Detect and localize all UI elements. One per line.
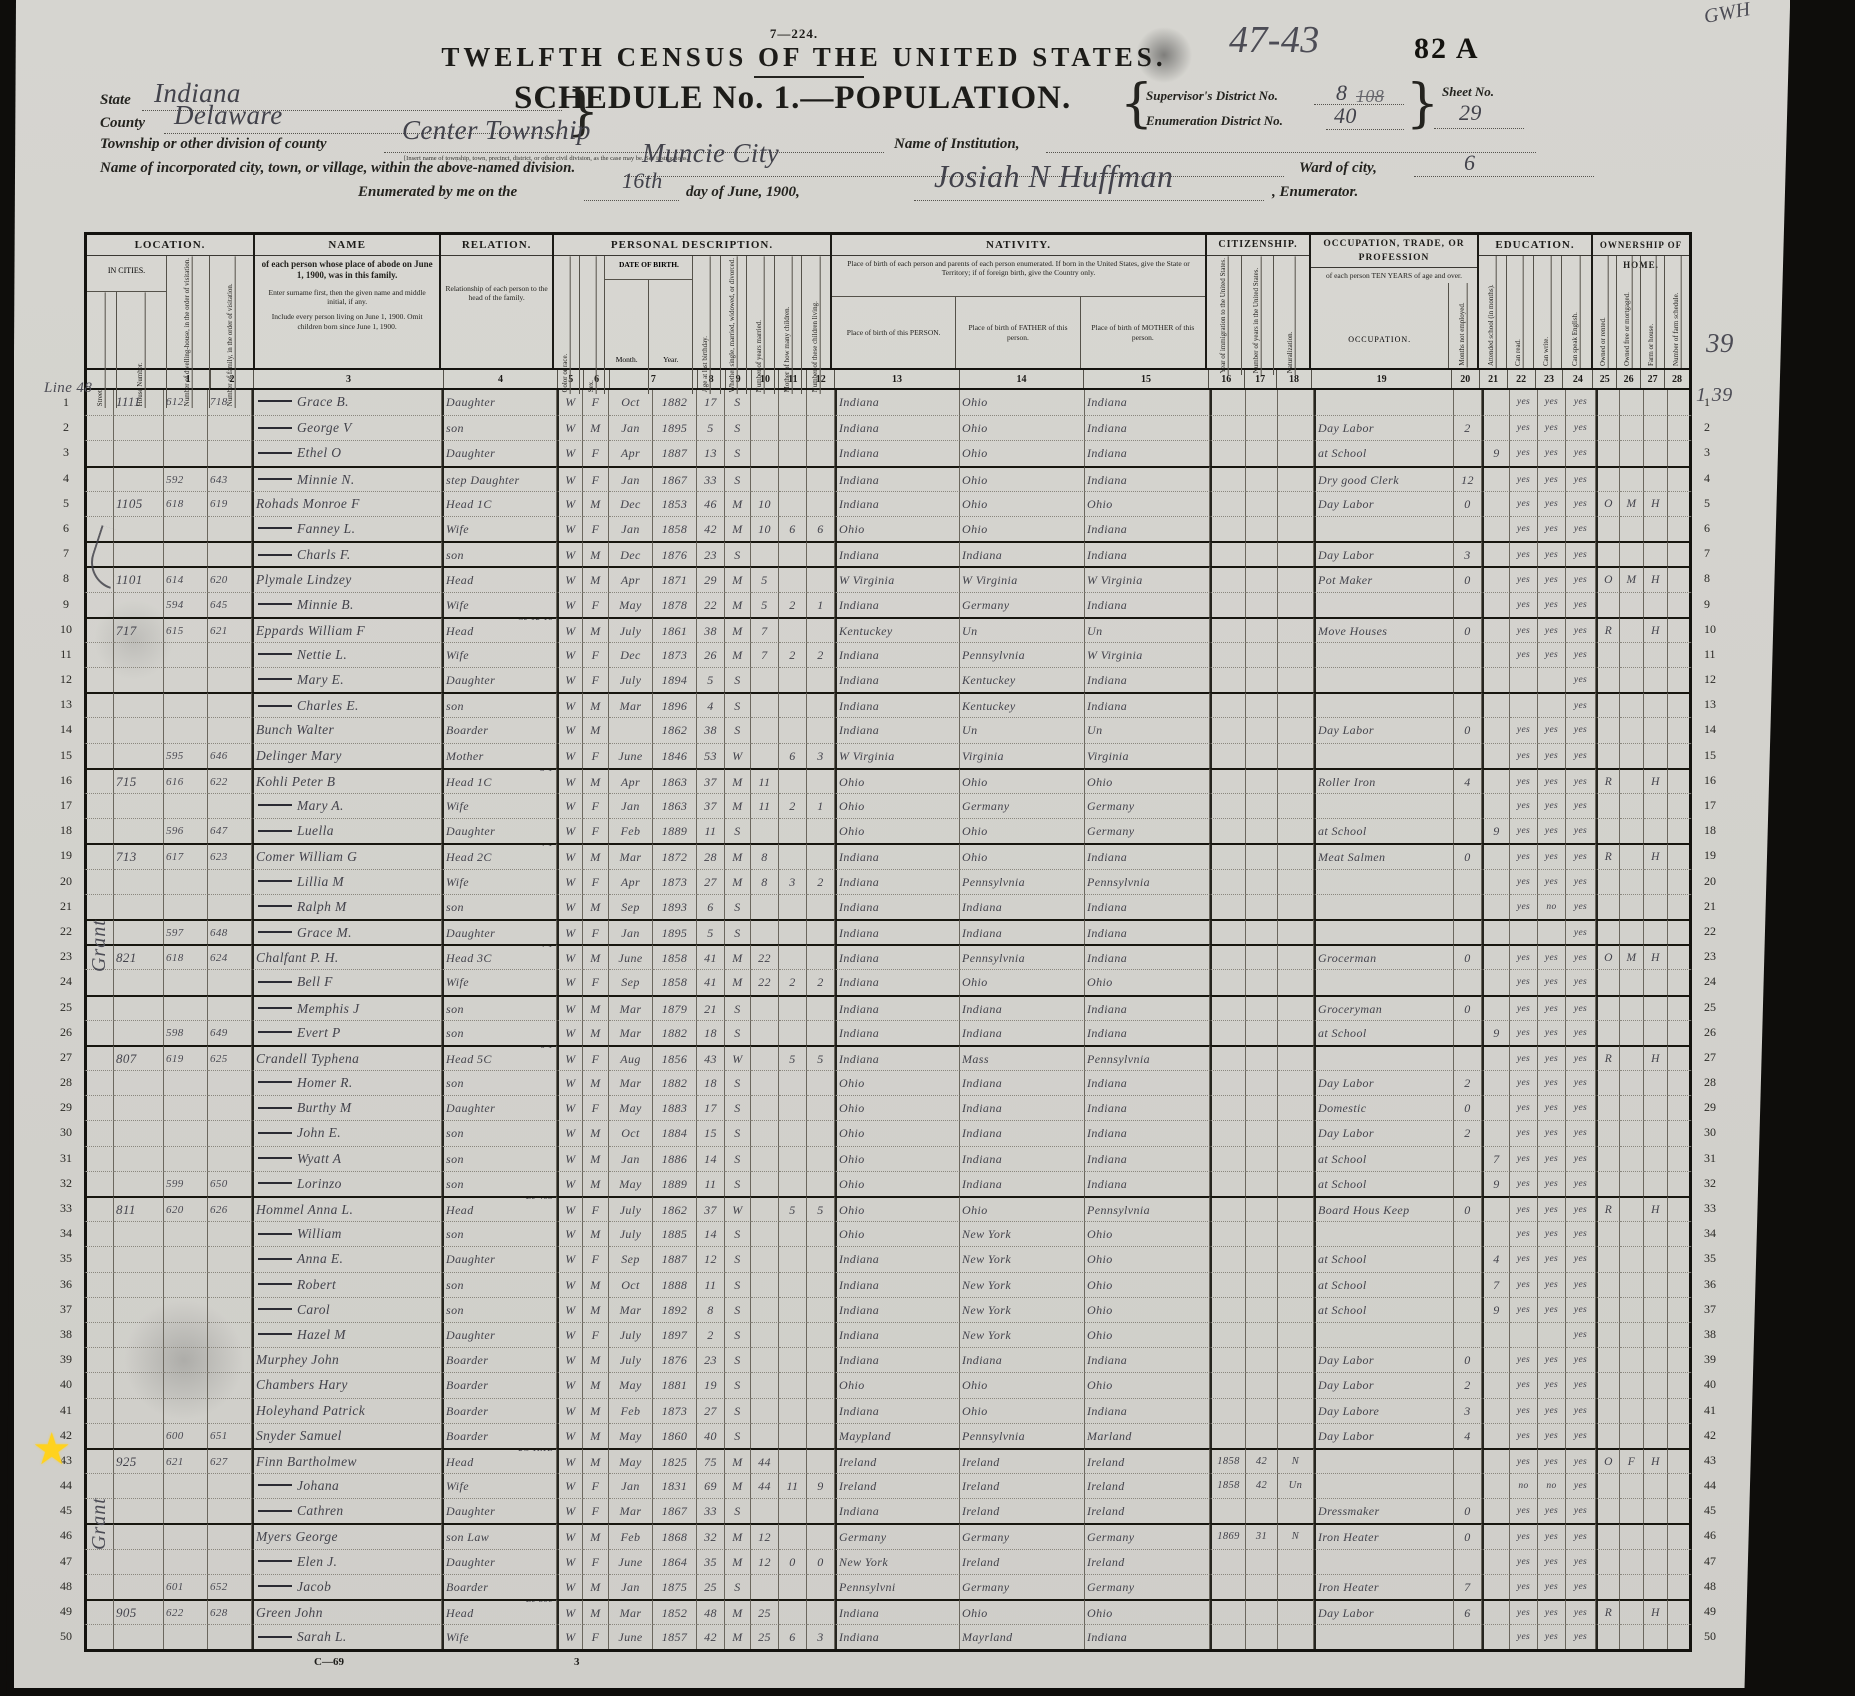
cell-birthplace-father: New York	[960, 1221, 1085, 1246]
attended-school-col-label: Attended school (in months).	[1488, 256, 1497, 368]
occupation-desc: of each person TEN YEARS of age and over…	[1311, 268, 1477, 283]
cell-owned-or-rented	[1596, 717, 1620, 742]
cell-marital-status: S	[725, 1095, 751, 1120]
table-row: 22597648Grace M.DaughterWFJan18955SIndia…	[48, 919, 1736, 944]
cell-birthplace-father: Ireland	[960, 1448, 1085, 1473]
row-number-left: 34	[48, 1221, 84, 1246]
cell-children-born	[779, 1322, 807, 1347]
cell-marital-status: S	[725, 818, 751, 843]
cell-birth-year: 1884	[653, 1120, 697, 1145]
cell-house-number: 807	[114, 1045, 164, 1070]
cell-birth-year: 1887	[653, 440, 697, 465]
cell-years-in-us	[1246, 969, 1278, 994]
cell-owned-free-or-mortgaged	[1620, 692, 1644, 717]
cell-children-living	[807, 1297, 835, 1322]
cell-can-speak-english: yes	[1566, 793, 1596, 818]
cell-children-living: 3	[807, 743, 835, 768]
row-number-right: 50	[1692, 1624, 1736, 1649]
cell-children-born: 5	[779, 1196, 807, 1221]
row-number-right: 41	[1692, 1398, 1736, 1423]
cell-can-write: no	[1538, 894, 1566, 919]
county-value: Delaware	[174, 100, 283, 131]
cell-can-read: yes	[1510, 1246, 1538, 1271]
cell-relation: Head 5C6-1	[442, 1045, 557, 1070]
cell-person-name: Green John	[252, 1599, 442, 1624]
cell-children-born	[779, 692, 807, 717]
farm-house-col-label: Farm or house.	[1648, 256, 1657, 368]
cell-age: 32	[697, 1523, 725, 1548]
table-header: LOCATION. IN CITIES. Street. House Numbe…	[84, 232, 1692, 368]
cell-age: 42	[697, 1624, 725, 1649]
sex-col-label: Sex.	[588, 256, 597, 394]
cell-family-number: 652	[208, 1574, 252, 1599]
cell-occupation: Move Houses	[1314, 617, 1454, 642]
township-value: Center Township	[402, 115, 591, 146]
cell-birthplace-father: Pennsylvnia	[960, 1423, 1085, 1448]
cell-naturalization	[1278, 995, 1314, 1020]
cell-years-married	[751, 541, 779, 566]
cell-street	[84, 667, 114, 692]
cell-street	[84, 1398, 114, 1423]
cell-birthplace-father: Un	[960, 617, 1085, 642]
cell-birthplace-person: Ohio	[835, 818, 960, 843]
cell-children-born	[779, 818, 807, 843]
cell-person-name: Grace M.	[252, 919, 442, 944]
children-living-col-label: Number of these children living.	[812, 256, 821, 394]
cell-years-married	[751, 818, 779, 843]
cell-can-write: yes	[1538, 466, 1566, 491]
cell-dwelling-number: 598	[164, 1020, 208, 1045]
cell-can-read: yes	[1510, 1272, 1538, 1297]
cell-immigration-year	[1210, 667, 1246, 692]
cell-color-race: W	[557, 390, 583, 415]
cell-dwelling-number: 619	[164, 1045, 208, 1070]
cell-birthplace-mother: Ohio	[1085, 969, 1210, 994]
cell-years-in-us: 42	[1246, 1448, 1278, 1473]
cell-farm-schedule-number	[1668, 1095, 1692, 1120]
cell-can-speak-english: yes	[1566, 415, 1596, 440]
cell-birthplace-person: Indiana	[835, 466, 960, 491]
cell-family-number: 650	[208, 1171, 252, 1196]
cell-naturalization	[1278, 440, 1314, 465]
cell-relation: Daughter	[442, 1246, 557, 1271]
cell-birthplace-father: Ohio	[960, 1372, 1085, 1397]
cell-naturalization	[1278, 818, 1314, 843]
cell-owned-free-or-mortgaged	[1620, 667, 1644, 692]
cell-birthplace-mother: Ireland	[1085, 1448, 1210, 1473]
cell-marital-status: M	[725, 793, 751, 818]
cell-relation: son	[442, 1272, 557, 1297]
name-desc3: Include every person living on June 1, 1…	[255, 309, 439, 334]
cell-farm-schedule-number	[1668, 1574, 1692, 1599]
cell-street	[84, 592, 114, 617]
cell-birthplace-person: Indiana	[835, 440, 960, 465]
cell-sex: M	[583, 491, 609, 516]
cell-occupation	[1314, 869, 1454, 894]
cell-birthplace-person: Indiana	[835, 995, 960, 1020]
cell-dwelling-number: 622	[164, 1599, 208, 1624]
ditto-dash-icon	[258, 1107, 292, 1109]
table-row: 20Lillia MWifeWFApr187327M832IndianaPenn…	[48, 869, 1736, 894]
cell-farm-or-house: H	[1644, 944, 1668, 969]
row-number-left: 35	[48, 1246, 84, 1271]
cell-years-married	[751, 717, 779, 742]
cell-immigration-year	[1210, 1498, 1246, 1523]
header-group-relation: RELATION. Relationship of each person to…	[441, 235, 554, 368]
cell-age: 26	[697, 642, 725, 667]
cell-can-write: yes	[1538, 1045, 1566, 1070]
row-number-left: 48	[48, 1574, 84, 1599]
cell-farm-schedule-number	[1668, 1171, 1692, 1196]
cell-owned-free-or-mortgaged	[1620, 1120, 1644, 1145]
cell-sex: M	[583, 566, 609, 591]
cell-can-read: yes	[1510, 768, 1538, 793]
cell-relation: step Daughter	[442, 466, 557, 491]
cell-birthplace-person: Indiana	[835, 1498, 960, 1523]
cell-person-name: William	[252, 1221, 442, 1246]
cell-can-speak-english: yes	[1566, 818, 1596, 843]
column-number: 26	[1617, 370, 1641, 388]
sheet-line	[1434, 128, 1524, 129]
cell-house-number	[114, 1523, 164, 1548]
cell-children-born: 5	[779, 1045, 807, 1070]
cell-dwelling-number: 618	[164, 944, 208, 969]
cell-birth-year: 1876	[653, 1347, 697, 1372]
cell-person-name: Mary A.	[252, 793, 442, 818]
table-row: 19713617623Comer William GHead 2C4-1WMMa…	[48, 843, 1736, 868]
cell-occupation: Grocerman	[1314, 944, 1454, 969]
cell-house-number	[114, 1221, 164, 1246]
cell-birthplace-mother: Ohio	[1085, 1322, 1210, 1347]
cell-birthplace-mother: Indiana	[1085, 667, 1210, 692]
row-number-right: 40	[1692, 1372, 1736, 1397]
cell-relation: Head 2C4-1	[442, 843, 557, 868]
cell-children-born	[779, 843, 807, 868]
cell-dwelling-number	[164, 1272, 208, 1297]
cell-children-living	[807, 717, 835, 742]
cell-house-number	[114, 1574, 164, 1599]
cell-marital-status: S	[725, 1171, 751, 1196]
cell-birth-year: 1883	[653, 1095, 697, 1120]
row-number-left: 3	[48, 440, 84, 465]
cell-owned-free-or-mortgaged	[1620, 1020, 1644, 1045]
cell-children-living	[807, 1070, 835, 1095]
cell-relation: Wife	[442, 869, 557, 894]
cell-house-number	[114, 1549, 164, 1574]
cell-age: 33	[697, 466, 725, 491]
cell-family-number: 625	[208, 1045, 252, 1070]
cell-sex: F	[583, 1095, 609, 1120]
cell-house-number	[114, 1498, 164, 1523]
row-number-right: 17	[1692, 793, 1736, 818]
cell-naturalization	[1278, 1120, 1314, 1145]
cell-dwelling-number	[164, 1498, 208, 1523]
cell-children-born	[779, 1246, 807, 1271]
cell-color-race: W	[557, 1171, 583, 1196]
cell-street	[84, 1372, 114, 1397]
cell-owned-or-rented: R	[1596, 1196, 1620, 1221]
cell-person-name: Evert P	[252, 1020, 442, 1045]
row-number-right: 20	[1692, 869, 1736, 894]
cell-farm-schedule-number	[1668, 566, 1692, 591]
cell-birth-month: Apr	[609, 440, 653, 465]
cell-birth-year: 1846	[653, 743, 697, 768]
cell-children-born: 3	[779, 869, 807, 894]
cell-attended-school	[1482, 1398, 1510, 1423]
cell-color-race: W	[557, 768, 583, 793]
cell-birthplace-person: Indiana	[835, 944, 960, 969]
row-number-right: 8	[1692, 566, 1736, 591]
cell-sex: M	[583, 1523, 609, 1548]
cell-children-born	[779, 1095, 807, 1120]
name-desc: of each person whose place of abode on J…	[255, 256, 439, 285]
table-row: 31Wyatt AsonWMJan188614SOhioIndianaIndia…	[48, 1146, 1736, 1171]
cell-owned-or-rented	[1596, 1549, 1620, 1574]
cell-years-in-us	[1246, 743, 1278, 768]
cell-can-read: yes	[1510, 440, 1538, 465]
cell-birth-month: May	[609, 1171, 653, 1196]
cell-years-in-us	[1246, 1398, 1278, 1423]
row-number-right: 26	[1692, 1020, 1736, 1045]
cell-age: 17	[697, 1095, 725, 1120]
cell-family-number: 622	[208, 768, 252, 793]
cell-children-born	[779, 390, 807, 415]
years-us-col-label: Number of years in the United States.	[1253, 256, 1262, 375]
row-number-right: 37	[1692, 1297, 1736, 1322]
cell-attended-school	[1482, 1574, 1510, 1599]
cell-relation: Daughter	[442, 440, 557, 465]
cell-sex: F	[583, 1473, 609, 1498]
cell-age: 42	[697, 516, 725, 541]
cell-person-name: Minnie B.	[252, 592, 442, 617]
cell-person-name: Finn Bartholmew	[252, 1448, 442, 1473]
cell-age: 37	[697, 793, 725, 818]
citizenship-title: CITIZENSHIP.	[1207, 235, 1309, 256]
cell-family-number	[208, 1398, 252, 1423]
header-group-citizenship: CITIZENSHIP. Year of immigration to the …	[1207, 235, 1311, 368]
cell-can-read: yes	[1510, 1146, 1538, 1171]
cell-farm-schedule-number	[1668, 642, 1692, 667]
cell-sex: M	[583, 1120, 609, 1145]
cell-years-in-us	[1246, 1549, 1278, 1574]
cell-owned-or-rented: R	[1596, 843, 1620, 868]
cell-children-born	[779, 466, 807, 491]
cell-house-number	[114, 1070, 164, 1095]
cell-birth-year: 1885	[653, 1221, 697, 1246]
cell-color-race: W	[557, 617, 583, 642]
cell-birthplace-father: Ohio	[960, 843, 1085, 868]
cell-immigration-year	[1210, 617, 1246, 642]
cell-immigration-year	[1210, 1322, 1246, 1347]
table-row: 43925621627Finn BartholmewHead2C-1R1BWMM…	[48, 1448, 1736, 1473]
cell-owned-free-or-mortgaged	[1620, 466, 1644, 491]
cell-years-in-us	[1246, 717, 1278, 742]
cell-relation: Daughter	[442, 667, 557, 692]
cell-naturalization	[1278, 692, 1314, 717]
cell-person-name: Lillia M	[252, 869, 442, 894]
cell-birth-month: Mar	[609, 1070, 653, 1095]
mother-of-col-label: Mother of how many children.	[784, 256, 793, 394]
cell-naturalization	[1278, 869, 1314, 894]
cell-person-name: Sarah L.	[252, 1624, 442, 1649]
cell-immigration-year	[1210, 1196, 1246, 1221]
cell-years-married	[751, 1272, 779, 1297]
cell-marital-status: S	[725, 1322, 751, 1347]
cell-children-living	[807, 1523, 835, 1548]
cell-farm-schedule-number	[1668, 1196, 1692, 1221]
cell-can-speak-english: yes	[1566, 566, 1596, 591]
row-number-left: 33	[48, 1196, 84, 1221]
cell-birth-month: Oct	[609, 1120, 653, 1145]
cell-age: 5	[697, 667, 725, 692]
cell-farm-or-house	[1644, 1272, 1668, 1297]
cell-years-in-us	[1246, 1120, 1278, 1145]
cell-owned-free-or-mortgaged	[1620, 1347, 1644, 1372]
sheet-value: 29	[1459, 100, 1482, 126]
ditto-dash-icon	[258, 880, 292, 882]
cell-can-read: yes	[1510, 1549, 1538, 1574]
street-name-grant-1: Grant	[88, 852, 111, 972]
cell-occupation	[1314, 592, 1454, 617]
cell-children-living	[807, 1095, 835, 1120]
cell-immigration-year	[1210, 1624, 1246, 1649]
cell-immigration-year	[1210, 541, 1246, 566]
cell-children-born	[779, 541, 807, 566]
cell-farm-schedule-number	[1668, 1523, 1692, 1548]
cell-months-unemployed	[1454, 969, 1482, 994]
cell-can-read: yes	[1510, 415, 1538, 440]
form-number: 7—224.	[714, 26, 874, 42]
footer-number: 3	[574, 1656, 580, 1668]
cell-can-write: yes	[1538, 818, 1566, 843]
cell-birthplace-mother: Indiana	[1085, 894, 1210, 919]
cell-person-name: Johana	[252, 1473, 442, 1498]
cell-birth-year: 1875	[653, 1574, 697, 1599]
cell-birth-year: 1894	[653, 667, 697, 692]
column-number-strip: 1234567891011121314151617181920212223242…	[84, 368, 1692, 390]
cell-occupation: Day Labor	[1314, 1347, 1454, 1372]
header-group-occupation: OCCUPATION, TRADE, OR PROFESSION of each…	[1311, 235, 1479, 368]
cell-birth-month: Jan	[609, 1473, 653, 1498]
cell-sex: F	[583, 516, 609, 541]
cell-farm-schedule-number	[1668, 1221, 1692, 1246]
cell-months-unemployed	[1454, 1322, 1482, 1347]
cell-children-born	[779, 1523, 807, 1548]
cell-immigration-year: 1858	[1210, 1473, 1246, 1498]
cell-sex: M	[583, 692, 609, 717]
cell-birth-month: Oct	[609, 1272, 653, 1297]
cell-house-number	[114, 1246, 164, 1271]
cell-years-in-us	[1246, 1171, 1278, 1196]
cell-birthplace-mother: Ireland	[1085, 1473, 1210, 1498]
cell-children-living: 5	[807, 1045, 835, 1070]
cell-owned-or-rented: R	[1596, 1045, 1620, 1070]
cell-attended-school	[1482, 1347, 1510, 1372]
cell-farm-schedule-number	[1668, 995, 1692, 1020]
family-col-label: Number of family, in the order of visita…	[227, 256, 236, 408]
naturalization-col-label: Naturalization.	[1287, 256, 1296, 375]
cell-farm-or-house	[1644, 1372, 1668, 1397]
cell-birth-year: 1868	[653, 1523, 697, 1548]
cell-children-living: 3	[807, 1624, 835, 1649]
cell-can-speak-english: yes	[1566, 592, 1596, 617]
table-row: 30John E.sonWMOct188415SOhioIndianaIndia…	[48, 1120, 1736, 1145]
ditto-dash-icon	[258, 1081, 292, 1083]
cell-can-speak-english: yes	[1566, 1045, 1596, 1070]
cell-sex: M	[583, 415, 609, 440]
cell-children-born	[779, 491, 807, 516]
ditto-dash-icon	[258, 1510, 292, 1512]
cell-sex: M	[583, 768, 609, 793]
cell-birth-month: Mar	[609, 1498, 653, 1523]
row-number-right: 33	[1692, 1196, 1736, 1221]
cell-family-number: 645	[208, 592, 252, 617]
cell-occupation	[1314, 743, 1454, 768]
cell-attended-school: 9	[1482, 818, 1510, 843]
cell-age: 17	[697, 390, 725, 415]
cell-attended-school	[1482, 1498, 1510, 1523]
cell-dwelling-number	[164, 516, 208, 541]
cell-relation: son	[442, 1020, 557, 1045]
row-number-right: 2	[1692, 415, 1736, 440]
row-number-right: 9	[1692, 592, 1736, 617]
cell-marital-status: S	[725, 1398, 751, 1423]
cell-family-number	[208, 692, 252, 717]
cell-farm-or-house	[1644, 969, 1668, 994]
row-number-left: 50	[48, 1624, 84, 1649]
cell-family-number: 647	[208, 818, 252, 843]
ditto-dash-icon	[258, 1585, 292, 1587]
cell-years-married	[751, 1246, 779, 1271]
sheet-stamp: 82 A	[1414, 32, 1480, 66]
cell-can-write: yes	[1538, 1171, 1566, 1196]
cell-color-race: W	[557, 969, 583, 994]
cell-occupation: Board Hous Keep	[1314, 1196, 1454, 1221]
cell-farm-schedule-number	[1668, 1423, 1692, 1448]
cell-sex: M	[583, 1574, 609, 1599]
table-body: 11111612718Grace B.DaughterWFOct188217SI…	[48, 390, 1736, 1649]
cell-farm-schedule-number	[1668, 415, 1692, 440]
cell-marital-status: S	[725, 1347, 751, 1372]
column-number: 23	[1536, 370, 1564, 388]
cell-can-speak-english: yes	[1566, 944, 1596, 969]
cell-birth-year: 1862	[653, 1196, 697, 1221]
cell-can-write: yes	[1538, 944, 1566, 969]
cell-street	[84, 1246, 114, 1271]
cell-birthplace-person: Ohio	[835, 1146, 960, 1171]
cell-family-number: 648	[208, 919, 252, 944]
cell-dwelling-number: 615	[164, 617, 208, 642]
cell-children-born	[779, 919, 807, 944]
cell-immigration-year	[1210, 1423, 1246, 1448]
cell-age: 25	[697, 1574, 725, 1599]
cell-color-race: W	[557, 717, 583, 742]
cell-birth-year: 1825	[653, 1448, 697, 1473]
cell-attended-school	[1482, 516, 1510, 541]
cell-years-in-us	[1246, 1498, 1278, 1523]
cell-months-unemployed	[1454, 390, 1482, 415]
cell-children-living	[807, 894, 835, 919]
cell-farm-schedule-number	[1668, 1070, 1692, 1095]
cell-birth-year: 1892	[653, 1297, 697, 1322]
cell-birthplace-mother: Indiana	[1085, 1120, 1210, 1145]
cell-birth-month: May	[609, 1423, 653, 1448]
cell-farm-schedule-number	[1668, 516, 1692, 541]
cell-owned-free-or-mortgaged	[1620, 1523, 1644, 1548]
cell-birthplace-person: Ohio	[835, 1196, 960, 1221]
ditto-dash-icon	[258, 603, 292, 605]
cell-immigration-year	[1210, 642, 1246, 667]
